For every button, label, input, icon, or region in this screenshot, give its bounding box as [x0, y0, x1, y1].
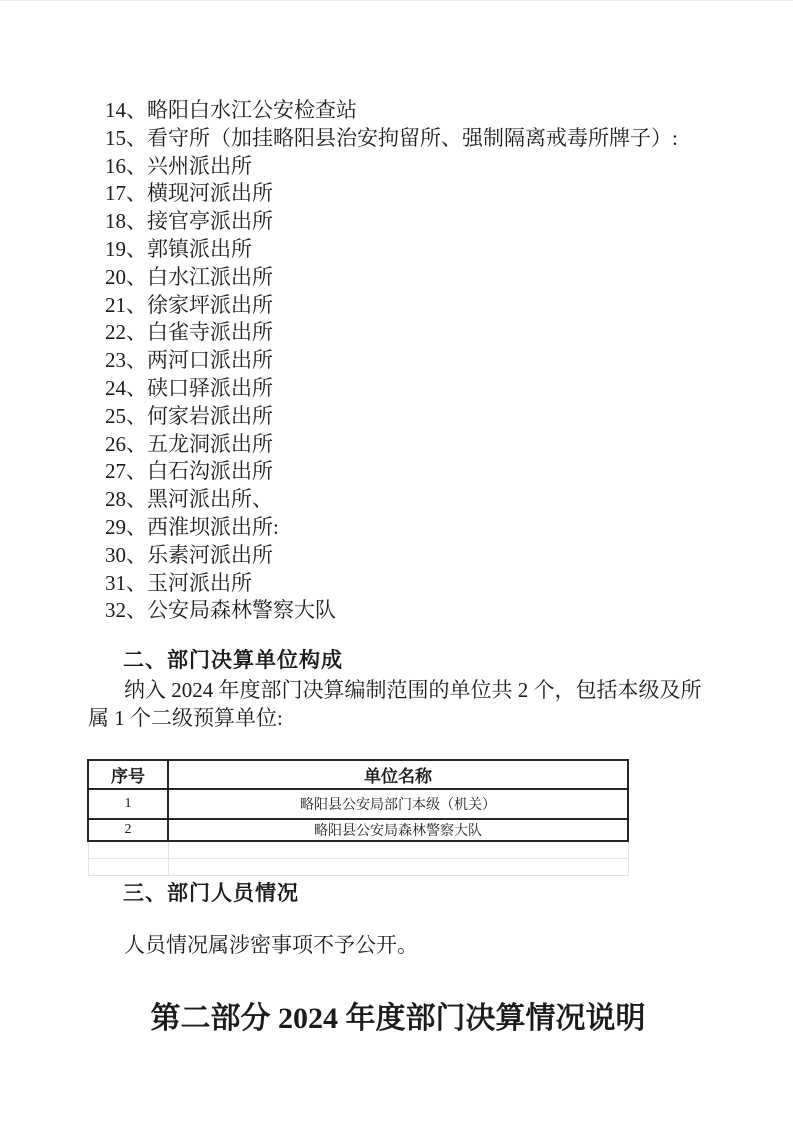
list-item: 19、郭镇派出所: [105, 236, 678, 264]
section3-heading: 三、部门人员情况: [123, 880, 299, 908]
cell-number: 2: [88, 819, 168, 841]
list-item: 26、五龙洞派出所: [105, 431, 678, 459]
header-cell-number: 序号: [88, 760, 168, 789]
cell-number: 1: [88, 789, 168, 819]
document-page: 14、略阳白水江公安检查站 15、看守所（加挂略阳县治安拘留所、强制隔离戒毒所牌…: [0, 0, 793, 1122]
list-item: 22、白雀寺派出所: [105, 319, 678, 347]
empty-cell: [168, 859, 628, 876]
section2-paragraph: 纳入 2024 年度部门决算编制范围的单位共 2 个，包括本级及所 属 1 个二…: [88, 677, 708, 733]
list-item: 21、徐家坪派出所: [105, 292, 678, 320]
part2-title: 第二部分 2024 年度部门决算情况说明: [88, 999, 708, 1039]
empty-table-row: [88, 841, 628, 859]
list-item: 32、公安局森林警察大队: [105, 597, 678, 625]
list-item: 24、硖口驿派出所: [105, 375, 678, 403]
list-item: 29、西淮坝派出所:: [105, 514, 678, 542]
list-item: 15、看守所（加挂略阳县治安拘留所、强制隔离戒毒所牌子）:: [105, 125, 678, 153]
empty-cell: [168, 841, 628, 859]
units-table: 序号 单位名称 1 略阳县公安局部门本级（机关） 2 略阳县公安局森林警察大队: [87, 759, 629, 876]
list-item: 16、兴州派出所: [105, 153, 678, 181]
table-header-row: 序号 单位名称: [88, 760, 628, 789]
empty-cell: [88, 841, 168, 859]
section3-paragraph: 人员情况属涉密事项不予公开。: [88, 932, 708, 960]
list-item: 17、横现河派出所: [105, 180, 678, 208]
cell-unit-name: 略阳县公安局部门本级（机关）: [168, 789, 628, 819]
list-item: 18、接官亭派出所: [105, 208, 678, 236]
cell-unit-name: 略阳县公安局森林警察大队: [168, 819, 628, 841]
empty-cell: [88, 859, 168, 876]
paragraph-line: 纳入 2024 年度部门决算编制范围的单位共 2 个，包括本级及所: [88, 677, 708, 705]
list-item: 27、白石沟派出所: [105, 458, 678, 486]
empty-table-row: [88, 859, 628, 876]
list-item: 28、黑河派出所、: [105, 486, 678, 514]
unit-list: 14、略阳白水江公安检查站 15、看守所（加挂略阳县治安拘留所、强制隔离戒毒所牌…: [105, 97, 678, 625]
list-item: 25、何家岩派出所: [105, 403, 678, 431]
table-row: 2 略阳县公安局森林警察大队: [88, 819, 628, 841]
list-item: 23、两河口派出所: [105, 347, 678, 375]
table-row: 1 略阳县公安局部门本级（机关）: [88, 789, 628, 819]
list-item: 30、乐素河派出所: [105, 542, 678, 570]
list-item: 14、略阳白水江公安检查站: [105, 97, 678, 125]
header-cell-unit-name: 单位名称: [168, 760, 628, 789]
paragraph-line: 属 1 个二级预算单位:: [88, 705, 708, 733]
section2-heading: 二、部门决算单位构成: [123, 647, 343, 675]
list-item: 31、玉河派出所: [105, 570, 678, 598]
list-item: 20、白水江派出所: [105, 264, 678, 292]
